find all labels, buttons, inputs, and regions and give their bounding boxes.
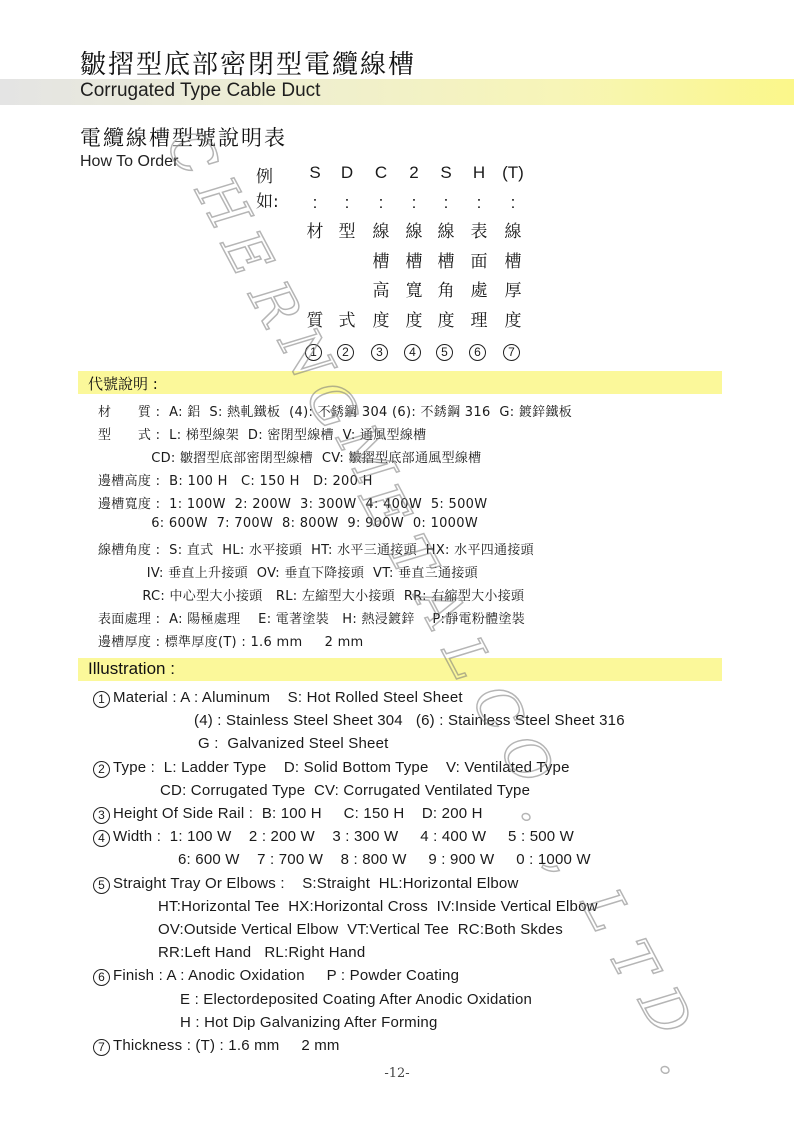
example-column: C:線槽高度3 <box>366 162 396 369</box>
watermark-letter: E <box>208 220 285 287</box>
example-code: 2 <box>399 162 429 192</box>
example-separator: : <box>431 192 461 222</box>
example-label-char: 角 <box>431 280 461 310</box>
example-label-char: 面 <box>464 251 494 281</box>
circled-number: 7 <box>93 1039 110 1056</box>
example-column: S:線槽角度5 <box>431 162 461 369</box>
illustration-row: 5Straight Tray Or Elbows : S:Straight HL… <box>93 875 519 894</box>
illustration-text: CD: Corrugated Type CV: Corrugated Venti… <box>160 782 530 799</box>
illustration-row: HT:Horizontal Tee HX:Horizontal Cross IV… <box>158 898 598 915</box>
illustration-text: Material : A : Aluminum S: Hot Rolled St… <box>113 689 463 706</box>
example-label-char: 處 <box>464 280 494 310</box>
illustration-text: G : Galvanized Steel Sheet <box>198 735 389 752</box>
example-label-char: 線 <box>431 221 461 251</box>
circled-number: 2 <box>337 344 354 361</box>
illustration-row: 6: 600 W 7 : 700 W 8 : 800 W 9 : 900 W 0… <box>178 851 591 868</box>
illustration-row: 1Material : A : Aluminum S: Hot Rolled S… <box>93 689 463 708</box>
example-code: S <box>300 162 330 192</box>
illustration-row: G : Galvanized Steel Sheet <box>198 735 389 752</box>
code-row: 邊槽寬度 : 1: 100W 2: 200W 3: 300W 4: 400W 5… <box>98 493 487 512</box>
example-column: S:材質1 <box>300 162 330 369</box>
codes-heading-band: 代號說明 : <box>78 371 722 394</box>
circled-number: 6 <box>469 344 486 361</box>
circled-number: 1 <box>305 344 322 361</box>
circled-number: 1 <box>93 691 110 708</box>
example-label-char: 線 <box>498 221 528 251</box>
page-title-zh: 皺摺型底部密閉型電纜線槽 <box>80 44 416 81</box>
illustration-text: Finish : A : Anodic Oxidation P : Powder… <box>113 967 459 984</box>
code-row: 線槽角度 : S: 直式 HL: 水平接頭 HT: 水平三通接頭 HX: 水平四… <box>98 539 534 558</box>
example-label-char <box>332 280 362 310</box>
example-separator: : <box>498 192 528 222</box>
circled-number: 5 <box>93 877 110 894</box>
circled-number: 4 <box>404 344 421 361</box>
illustration-row: RR:Left Hand RL:Right Hand <box>158 944 365 961</box>
example-label-char: 線 <box>366 221 396 251</box>
circled-number: 3 <box>93 807 110 824</box>
circled-number: 2 <box>93 761 110 778</box>
example-label-char: 厚 <box>498 280 528 310</box>
circled-number: 5 <box>436 344 453 361</box>
example-code: H <box>464 162 494 192</box>
example-label-char: 質 <box>300 310 330 340</box>
example-separator: : <box>464 192 494 222</box>
circled-number: 3 <box>371 344 388 361</box>
illustration-row: 6Finish : A : Anodic Oxidation P : Powde… <box>93 967 459 986</box>
code-row: 6: 600W 7: 700W 8: 800W 9: 900W 0: 1000W <box>98 516 478 531</box>
example-separator: : <box>366 192 396 222</box>
circled-number: 4 <box>93 830 110 847</box>
section-title-zh: 電纜線槽型號說明表 <box>80 122 287 152</box>
illustration-text: (4) : Stainless Steel Sheet 304 (6) : St… <box>194 712 625 729</box>
example-label-char <box>300 251 330 281</box>
code-row: 表面處理 : A: 陽極處理 E: 電著塗裝 H: 熱浸鍍鋅 P:靜電粉體塗裝 <box>98 608 525 627</box>
illustration-row: (4) : Stainless Steel Sheet 304 (6) : St… <box>194 712 625 729</box>
code-row: CD: 皺摺型底部密閉型線槽 CV: 皺摺型底部通風型線槽 <box>98 447 481 466</box>
illustration-text: HT:Horizontal Tee HX:Horizontal Cross IV… <box>158 898 598 915</box>
page-number: -12- <box>0 1066 794 1081</box>
illustration-row: 3Height Of Side Rail : B: 100 H C: 150 H… <box>93 805 483 824</box>
example-code: (T) <box>498 162 528 192</box>
illustration-text: H : Hot Dip Galvanizing After Forming <box>180 1014 438 1031</box>
example-code: C <box>366 162 396 192</box>
illustration-row: 4Width : 1: 100 W 2 : 200 W 3 : 300 W 4 … <box>93 828 574 847</box>
example-prefix: 例如: <box>256 162 279 212</box>
illustration-text: Straight Tray Or Elbows : S:Straight HL:… <box>113 875 519 892</box>
example-label-char: 線 <box>399 221 429 251</box>
example-label-char: 槽 <box>498 251 528 281</box>
code-row: 型 式 : L: 梯型線架 D: 密閉型線槽 V: 通風型線槽 <box>98 424 426 443</box>
example-label-char: 式 <box>332 310 362 340</box>
example-label-char: 寬 <box>399 280 429 310</box>
example-label-char: 度 <box>399 310 429 340</box>
example-separator: : <box>300 192 330 222</box>
example-label-char: 高 <box>366 280 396 310</box>
example-label-char: 表 <box>464 221 494 251</box>
example-label-char: 度 <box>366 310 396 340</box>
example-label-char: 理 <box>464 310 494 340</box>
code-row: 邊槽高度 : B: 100 H C: 150 H D: 200 H <box>98 470 373 489</box>
watermark-letter: T <box>596 930 671 994</box>
illustration-text: RR:Left Hand RL:Right Hand <box>158 944 365 961</box>
circled-number: 6 <box>93 969 110 986</box>
illustration-row: OV:Outside Vertical Elbow VT:Vertical Te… <box>158 921 563 938</box>
example-column: D:型式2 <box>332 162 362 369</box>
code-row: RC: 中心型大小接頭 RL: 左縮型大小接頭 RR: 右縮型大小接頭 <box>98 585 524 604</box>
illustration-heading: Illustration : <box>88 659 175 679</box>
illustration-text: OV:Outside Vertical Elbow VT:Vertical Te… <box>158 921 563 938</box>
circled-number: 7 <box>503 344 520 361</box>
illustration-row: H : Hot Dip Galvanizing After Forming <box>180 1014 438 1031</box>
illustration-text: Thickness : (T) : 1.6 mm 2 mm <box>113 1037 340 1054</box>
example-label-char: 槽 <box>399 251 429 281</box>
illustration-text: Type : L: Ladder Type D: Solid Bottom Ty… <box>113 759 570 776</box>
illustration-row: CD: Corrugated Type CV: Corrugated Venti… <box>160 782 530 799</box>
example-label-char: 型 <box>332 221 362 251</box>
code-row: 材 質 : A: 鋁 S: 熱軋鐵板 (4): 不銹鋼 304 (6): 不銹鋼… <box>98 401 572 420</box>
illustration-row: E : Electordeposited Coating After Anodi… <box>180 991 532 1008</box>
illustration-text: E : Electordeposited Coating After Anodi… <box>180 991 532 1008</box>
illustration-text: Height Of Side Rail : B: 100 H C: 150 H … <box>113 805 483 822</box>
code-row: 邊槽厚度 : 標準厚度(T) : 1.6 mm 2 mm <box>98 631 364 650</box>
example-column: (T):線槽厚度7 <box>498 162 528 369</box>
example-label-char <box>332 251 362 281</box>
illustration-heading-band: Illustration : <box>78 658 722 681</box>
watermark-letter: C <box>458 674 536 742</box>
example-column: 2:線槽寬度4 <box>399 162 429 369</box>
example-label-char: 槽 <box>366 251 396 281</box>
example-separator: : <box>332 192 362 222</box>
example-label-char: 度 <box>498 310 528 340</box>
page-title-en: Corrugated Type Cable Duct <box>80 80 320 102</box>
illustration-text: Width : 1: 100 W 2 : 200 W 3 : 300 W 4 :… <box>113 828 574 845</box>
example-column: H:表面處理6 <box>464 162 494 369</box>
example-label-char <box>300 280 330 310</box>
watermark-letter: D <box>625 977 703 1047</box>
code-row: IV: 垂直上升接頭 OV: 垂直下降接頭 VT: 垂直三通接頭 <box>98 562 478 581</box>
example-label-char: 槽 <box>431 251 461 281</box>
section-title-en: How To Order <box>80 153 178 171</box>
illustration-row: 2Type : L: Ladder Type D: Solid Bottom T… <box>93 759 570 778</box>
example-label-char: 材 <box>300 221 330 251</box>
illustration-row: 7Thickness : (T) : 1.6 mm 2 mm <box>93 1037 340 1056</box>
example-code: S <box>431 162 461 192</box>
watermark-letter: H <box>182 166 262 240</box>
example-label-char: 度 <box>431 310 461 340</box>
illustration-text: 6: 600 W 7 : 700 W 8 : 800 W 9 : 900 W 0… <box>178 851 591 868</box>
example-separator: : <box>399 192 429 222</box>
example-code: D <box>332 162 362 192</box>
codes-heading: 代號說明 : <box>88 373 158 394</box>
